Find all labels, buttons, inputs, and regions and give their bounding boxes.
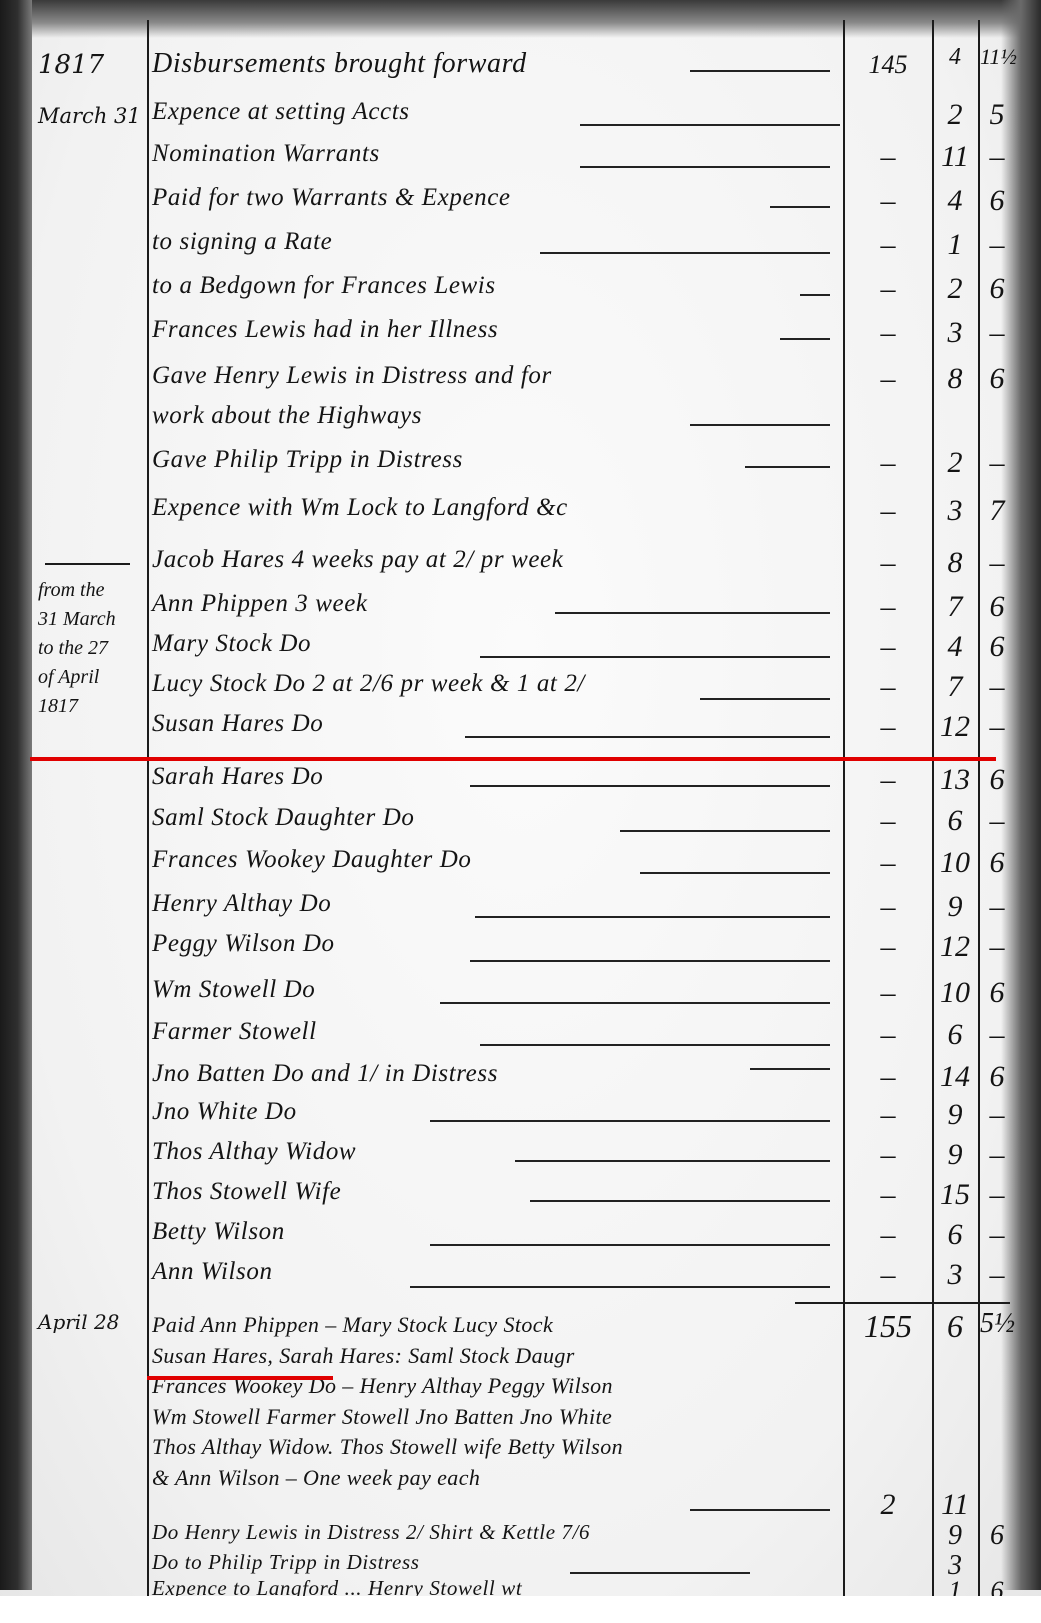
entry-description: Sarah Hares Do: [152, 763, 323, 791]
entry-shillings: 9: [934, 1098, 976, 1132]
ledger-row: to signing a Rate – 1 –: [0, 228, 1041, 272]
ledger-row: Gave Henry Lewis in Distress and for – 8…: [0, 362, 1041, 406]
ledger-row: Betty Wilson – 6 –: [0, 1218, 1041, 1262]
entry-date: April 28: [38, 1310, 146, 1334]
ledger-row: Expence with Wm Lock to Langford &c – 3 …: [0, 494, 1041, 538]
leader-line: [750, 1068, 830, 1070]
entry-pounds: –: [848, 846, 928, 880]
entry-shillings: 14: [934, 1060, 976, 1094]
entry-pence: –: [980, 710, 1014, 744]
ledger-row: Lucy Stock Do 2 at 2/6 pr week & 1 at 2/…: [0, 670, 1041, 714]
entry-description: Thos Althay Widow: [152, 1138, 356, 1166]
entry-description: Nomination Warrants: [152, 140, 380, 168]
leader-line: [800, 294, 830, 296]
entry-shillings: 4: [934, 630, 976, 664]
entry-pounds: –: [848, 546, 928, 580]
ledger-row: Jacob Hares 4 weeks pay at 2/ pr week – …: [0, 546, 1041, 590]
entry-pounds: –: [848, 1218, 928, 1252]
entry-shillings: 12: [934, 710, 976, 744]
red-highlight-rule: [30, 757, 996, 761]
subtotal-rule: [795, 1302, 1010, 1304]
entry-shillings: 11: [934, 140, 976, 174]
entry-shillings: 7: [934, 590, 976, 624]
paragraph-line: Thos Althay Widow. Thos Stowell wife Bet…: [152, 1432, 842, 1463]
ledger-row: Sarah Hares Do – 13 6: [0, 763, 1041, 807]
ledger-row: Paid for two Warrants & Expence – 4 6: [0, 184, 1041, 228]
entry-pence: 6: [980, 846, 1014, 880]
entry-shillings: 9: [934, 890, 976, 924]
entry-pence: –: [980, 1018, 1014, 1052]
entry-description: Betty Wilson: [152, 1218, 285, 1246]
entry-shillings: 13: [934, 763, 976, 797]
entry-description: Frances Lewis had in her Illness: [152, 316, 498, 344]
entry-pounds: –: [848, 1060, 928, 1094]
header-pounds: 145: [848, 50, 928, 80]
entry-shillings: 7: [934, 670, 976, 704]
entry-pounds: –: [848, 494, 928, 528]
entry-description: Jno Batten Do and 1/ in Distress: [152, 1060, 498, 1088]
subtotal-pence: 5½: [980, 1308, 1014, 1340]
entry-pounds: –: [848, 630, 928, 664]
entry-description: Wm Stowell Do: [152, 976, 315, 1004]
entry-pounds: –: [848, 1138, 928, 1172]
entry-description: Gave Philip Tripp in Distress: [152, 446, 463, 474]
ledger-row: March 31 Expence at setting Accts 2 5: [0, 98, 1041, 142]
entry-pence: –: [980, 546, 1014, 580]
entry-shillings: 1: [934, 228, 976, 262]
ledger-row: Farmer Stowell – 6 –: [0, 1018, 1041, 1062]
entry-pence: 6: [980, 272, 1014, 306]
header-shillings: 4: [934, 44, 976, 71]
entry-description: Ann Wilson: [152, 1258, 273, 1286]
entry-pounds: –: [848, 710, 928, 744]
leader-line: [465, 736, 830, 738]
entry-pence: –: [980, 140, 1014, 174]
entry-pence: 5: [980, 98, 1014, 132]
ledger-row: Jno White Do – 9 –: [0, 1098, 1041, 1142]
leader-line: [480, 1044, 830, 1046]
entry-pence: –: [980, 446, 1014, 480]
entry-pounds: –: [848, 1178, 928, 1212]
entry-description: Farmer Stowell: [152, 1018, 317, 1046]
ledger-row: Ann Wilson – 3 –: [0, 1258, 1041, 1302]
entry-description: Jacob Hares 4 weeks pay at 2/ pr week: [152, 546, 563, 574]
leader-line: [745, 466, 830, 468]
leader-line: [540, 252, 830, 254]
leader-line: [430, 1120, 830, 1122]
ledger-header-row: 1817 Disbursements brought forward 145 4…: [0, 48, 1041, 92]
leader-line: [430, 1244, 830, 1246]
entry-description: Do Henry Lewis in Distress 2/ Shirt & Ke…: [152, 1520, 590, 1545]
leader-line: [555, 612, 830, 614]
entry-pence: –: [980, 1178, 1014, 1212]
entry-pounds: –: [848, 1098, 928, 1132]
entry-pence: –: [980, 1098, 1014, 1132]
entry-pounds: –: [848, 930, 928, 964]
ledger-row: Thos Stowell Wife – 15 –: [0, 1178, 1041, 1222]
entry-pounds: –: [848, 1258, 928, 1292]
leader-line: [480, 656, 830, 658]
entry-pounds: –: [848, 446, 928, 480]
ledger-row: Saml Stock Daughter Do – 6 –: [0, 804, 1041, 848]
side-note-line: 31 March: [38, 605, 146, 634]
entry-shillings: 6: [934, 804, 976, 838]
paragraph-line: Wm Stowell Farmer Stowell Jno Batten Jno…: [152, 1402, 842, 1433]
paragraph-line: Paid Ann Phippen – Mary Stock Lucy Stock: [152, 1310, 842, 1341]
ledger-row: work about the Highways: [0, 402, 1041, 446]
leader-line: [780, 338, 830, 340]
entry-shillings: 15: [934, 1178, 976, 1212]
ledger-row: Peggy Wilson Do – 12 –: [0, 930, 1041, 974]
entry-description: Thos Stowell Wife: [152, 1178, 341, 1206]
entry-description: Jno White Do: [152, 1098, 297, 1126]
entry-shillings: 8: [934, 546, 976, 580]
ledger-row: Gave Philip Tripp in Distress – 2 –: [0, 446, 1041, 490]
entry-shillings: 11: [934, 1488, 976, 1522]
entry-description: Frances Wookey Daughter Do: [152, 846, 471, 874]
leader-line: [570, 1572, 750, 1574]
entry-shillings: 9: [934, 1520, 976, 1552]
side-note-line: 1817: [38, 692, 146, 721]
entry-shillings: 2: [934, 272, 976, 306]
scan-bottom-margin: [0, 1596, 1041, 1623]
entry-description: Lucy Stock Do 2 at 2/6 pr week & 1 at 2/: [152, 670, 585, 698]
entry-pence: 6: [980, 763, 1014, 797]
entry-shillings: 2: [934, 98, 976, 132]
entry-pounds: –: [848, 890, 928, 924]
ledger-row: Do Henry Lewis in Distress 2/ Shirt & Ke…: [0, 1520, 1041, 1552]
entry-pence: –: [980, 316, 1014, 350]
leader-line: [440, 1002, 830, 1004]
entry-pounds: –: [848, 272, 928, 306]
entry-pence: 6: [980, 630, 1014, 664]
entry-pence: 6: [980, 976, 1014, 1010]
entry-description: Henry Althay Do: [152, 890, 331, 918]
leader-line: [690, 424, 830, 426]
ledger-row: Mary Stock Do – 4 6: [0, 630, 1041, 674]
entry-pounds: –: [848, 976, 928, 1010]
leader-line: [470, 785, 830, 787]
entry-pounds: –: [848, 362, 928, 396]
entry-shillings: 10: [934, 976, 976, 1010]
april-28-paragraph: Paid Ann Phippen – Mary Stock Lucy Stock…: [152, 1310, 842, 1493]
ledger-row: Ann Phippen 3 week – 7 6: [0, 590, 1041, 634]
entry-shillings: 6: [934, 1018, 976, 1052]
entry-pounds: –: [848, 228, 928, 262]
entry-pounds: 2: [848, 1488, 928, 1522]
entry-pence: –: [980, 228, 1014, 262]
header-description: Disbursements brought forward: [152, 48, 527, 80]
leader-line: [580, 124, 840, 126]
leader-line: [770, 206, 830, 208]
ledger-row: to a Bedgown for Frances Lewis – 2 6: [0, 272, 1041, 316]
entry-shillings: 10: [934, 846, 976, 880]
leader-line: [690, 70, 830, 72]
ledger-row: Wm Stowell Do – 10 6: [0, 976, 1041, 1020]
entry-description: Paid for two Warrants & Expence: [152, 184, 511, 212]
entry-pounds: –: [848, 804, 928, 838]
side-note-line: of April: [38, 663, 146, 692]
leader-line: [640, 872, 830, 874]
entry-shillings: 9: [934, 1138, 976, 1172]
leader-line: [410, 1286, 830, 1288]
entry-shillings: 2: [934, 446, 976, 480]
ledger-row: Frances Wookey Daughter Do – 10 6: [0, 846, 1041, 890]
entry-description: Peggy Wilson Do: [152, 930, 335, 958]
entry-pence: –: [980, 1218, 1014, 1252]
side-note-line: from the: [38, 576, 146, 605]
entry-description: Susan Hares Do: [152, 710, 323, 738]
margin-date-range-note: from the 31 March to the 27 of April 181…: [38, 576, 146, 721]
header-year: 1817: [38, 50, 146, 80]
entry-pounds: –: [848, 590, 928, 624]
entry-description: Gave Henry Lewis in Distress and for: [152, 362, 552, 390]
entry-pounds: –: [848, 1018, 928, 1052]
entry-shillings: 4: [934, 184, 976, 218]
ledger-row: Thos Althay Widow – 9 –: [0, 1138, 1041, 1182]
entry-description: Do to Philip Tripp in Distress: [152, 1550, 420, 1575]
ledger-row: Nomination Warrants – 11 –: [0, 140, 1041, 184]
entry-pounds: –: [848, 140, 928, 174]
entry-description: Ann Phippen 3 week: [152, 590, 368, 618]
entry-shillings: 3: [934, 316, 976, 350]
entry-pence: 6: [980, 1520, 1014, 1552]
entry-description: work about the Highways: [152, 402, 422, 430]
paragraph-line: Susan Hares, Sarah Hares: Saml Stock Dau…: [152, 1341, 842, 1372]
leader-line: [530, 1200, 830, 1202]
leader-line: [580, 166, 830, 168]
ledger-row: Frances Lewis had in her Illness – 3 –: [0, 316, 1041, 360]
entry-shillings: 3: [934, 494, 976, 528]
ledger-page: 1817 Disbursements brought forward 145 4…: [0, 0, 1041, 1623]
scan-top-shadow: [0, 0, 1041, 38]
entry-pence: –: [980, 1138, 1014, 1172]
entry-description: Saml Stock Daughter Do: [152, 804, 414, 832]
entry-pence: –: [980, 670, 1014, 704]
entry-pence: –: [980, 804, 1014, 838]
header-pence: 11½: [980, 44, 1014, 70]
leader-line: [620, 830, 830, 832]
entry-pence: 6: [980, 362, 1014, 396]
entry-shillings: 3: [934, 1258, 976, 1292]
entry-pounds: –: [848, 316, 928, 350]
entry-pounds: –: [848, 184, 928, 218]
subtotal-shillings: 6: [934, 1308, 976, 1345]
leader-line: [515, 1160, 830, 1162]
entry-description: Expence with Wm Lock to Langford &c: [152, 494, 568, 522]
entry-pence: 6: [980, 590, 1014, 624]
entry-pounds: –: [848, 670, 928, 704]
entry-shillings: 6: [934, 1218, 976, 1252]
entry-pence: –: [980, 890, 1014, 924]
entry-description: to signing a Rate: [152, 228, 332, 256]
ledger-row: Henry Althay Do – 9 –: [0, 890, 1041, 934]
entry-pence: 6: [980, 184, 1014, 218]
side-note-line: to the 27: [38, 634, 146, 663]
leader-line: [475, 916, 830, 918]
entry-shillings: 12: [934, 930, 976, 964]
entry-shillings: 8: [934, 362, 976, 396]
entry-pence: –: [980, 1258, 1014, 1292]
entry-pence: 7: [980, 494, 1014, 528]
entry-description: Expence at setting Accts: [152, 98, 410, 126]
leader-line: [700, 698, 830, 700]
entry-description: to a Bedgown for Frances Lewis: [152, 272, 496, 300]
entry-description: Mary Stock Do: [152, 630, 311, 658]
entry-pence: 6: [980, 1060, 1014, 1094]
entry-pence: –: [980, 930, 1014, 964]
subtotal-pounds: 155: [848, 1308, 928, 1345]
entry-date: March 31: [38, 104, 146, 128]
leader-line: [470, 960, 830, 962]
red-underline-susan-hares: [147, 1376, 333, 1380]
ledger-row: Susan Hares Do – 12 –: [0, 710, 1041, 754]
entry-pounds: –: [848, 763, 928, 797]
